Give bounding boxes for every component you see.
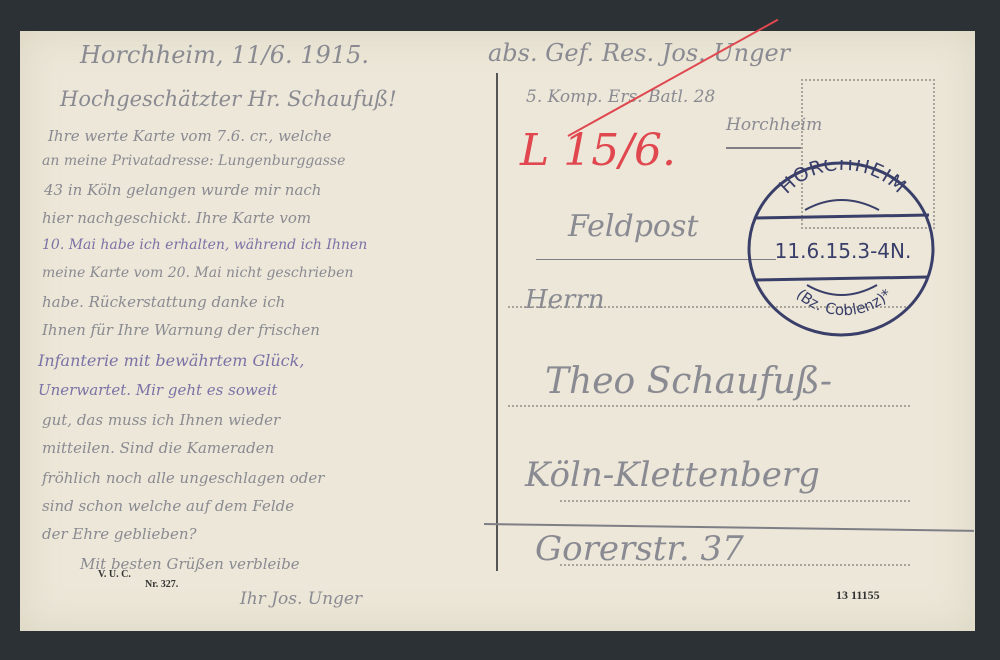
message-line: mitteilen. Sind die Kameraden	[42, 439, 274, 457]
recipient-name: Theo Schaufuß-	[545, 361, 832, 402]
publisher-mark: V. U. C.	[98, 569, 131, 580]
message-line: an meine Privatadresse: Lungenburggasse	[42, 153, 345, 169]
recipient-city: Köln-Klettenberg	[525, 455, 820, 495]
message-line: Infanterie mit bewährtem Glück,	[38, 351, 304, 370]
svg-text:HORCHHEIM: HORCHHEIM	[775, 160, 911, 198]
address-line	[560, 500, 910, 502]
message-line: 43 in Köln gelangen wurde mir nach	[44, 181, 321, 199]
message-line: Ihre werte Karte vom 7.6. cr., welche	[48, 127, 332, 145]
recipient-title: Herrn	[525, 285, 605, 315]
message-line: hier nachgeschickt. Ihre Karte vom	[42, 209, 311, 227]
postmark-date: 11.6.15.3-4N.	[775, 239, 912, 263]
message-salutation: Hochgeschätzter Hr. Schaufuß!	[60, 87, 397, 111]
feldpost-underline	[536, 259, 776, 260]
sender-line-3: Horchheim	[726, 115, 822, 135]
svg-text:(Bz. Coblenz)*: (Bz. Coblenz)*	[793, 285, 896, 319]
publisher-number: Nr. 327.	[145, 579, 178, 590]
message-line: Ihnen für Ihre Warnung der frischen	[42, 321, 320, 339]
message-heading: Horchheim, 11/6. 1915.	[80, 41, 369, 69]
message-line: 10. Mai habe ich erhalten, während ich I…	[42, 237, 367, 253]
postmark-region: (Bz. Coblenz)*	[793, 285, 896, 319]
message-line: gut, das muss ich Ihnen wieder	[42, 411, 280, 429]
recipient-street: Gorerstr. 37	[535, 529, 744, 569]
message-line: fröhlich noch alle ungeschlagen oder	[42, 469, 324, 487]
message-line: sind schon welche auf dem Felde	[42, 497, 294, 515]
service-note: Feldpost	[568, 209, 698, 244]
message-line: der Ehre geblieben?	[42, 525, 197, 543]
postmark-stamp: HORCHHEIM 11.6.15.3-4N. (Bz. Coblenz)*	[745, 160, 937, 338]
address-line	[508, 405, 910, 407]
postmark-town: HORCHHEIM	[775, 160, 911, 198]
red-annotation: L 15/6.	[520, 125, 676, 176]
signature: Ihr Jos. Unger	[240, 589, 362, 609]
message-line: meine Karte vom 20. Mai nicht geschriebe…	[42, 265, 353, 281]
message-line: habe. Rückerstattung danke ich	[42, 293, 285, 311]
sender-underline	[726, 147, 801, 149]
sender-line-1: abs. Gef. Res. Jos. Unger	[488, 39, 790, 67]
sender-line-2: 5. Komp. Ers. Batl. 28	[526, 87, 715, 107]
card-number: 13 11155	[836, 588, 880, 603]
center-divider	[496, 73, 498, 571]
message-line: Unerwartet. Mir geht es soweit	[38, 381, 277, 399]
